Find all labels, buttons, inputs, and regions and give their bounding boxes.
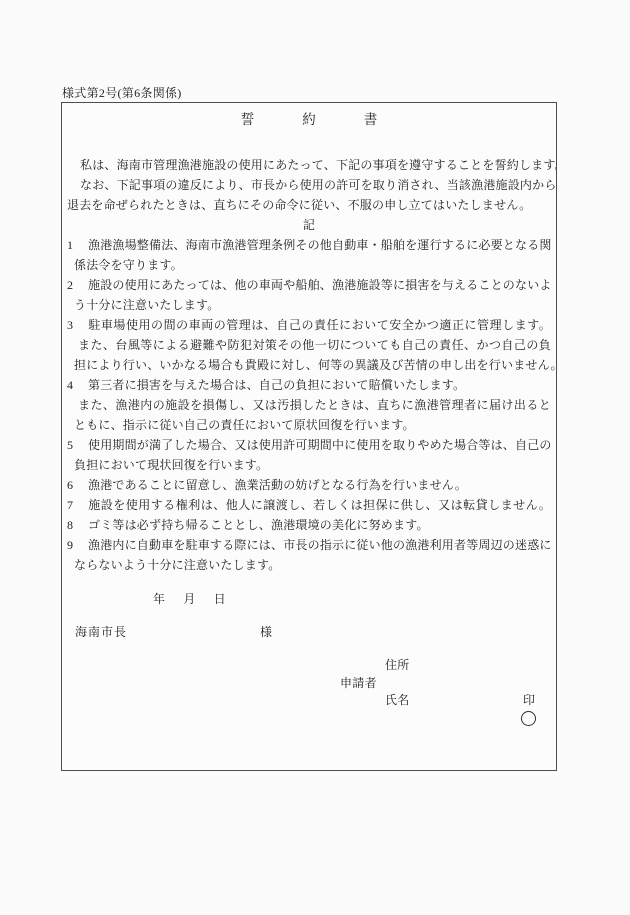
address-label: 住所 — [385, 658, 410, 672]
item-text: 漁港漁場整備法、海南市漁港管理条例その他自動車・船舶を運行するに必要となる関 — [88, 238, 552, 252]
item-number: 8 — [67, 515, 88, 535]
item-line: 9漁港内に自動車を駐車する際には、市長の指示に従い他の漁港利用者等周辺の迷惑に — [62, 535, 556, 555]
document-title: 誓 約 書 — [62, 108, 556, 128]
document-page: 様式第2号(第6条関係) 誓 約 書 私は、海南市管理漁港施設の使用にあたって、… — [0, 0, 630, 915]
item-number: 6 — [67, 475, 88, 495]
item-line: 2施設の使用にあたっては、他の車両や船舶、漁港施設等に損害を与えることのないよ — [62, 275, 556, 295]
month-label: 月 — [183, 592, 195, 606]
item-line: 6漁港であることに留意し、漁業活動の妨げとなる行為を行いません。 — [62, 475, 556, 495]
seal-circle — [521, 711, 536, 726]
item-line: また、漁港内の施設を損傷し、又は汚損したときは、直ちに漁港管理者に届け出ると — [62, 395, 556, 415]
item-number: 2 — [67, 275, 88, 295]
item-text: 駐車場使用の間の車両の管理は、自己の責任において安全かつ適正に管理します。 — [88, 318, 551, 332]
item-number: 3 — [67, 315, 88, 335]
item-text: 施設の使用にあたっては、他の車両や船舶、漁港施設等に損害を与えることのないよ — [88, 278, 552, 292]
item-line: 7施設を使用する権利は、他人に譲渡し、若しくは担保に供し、又は転貸しません。 — [62, 495, 556, 515]
seal-label: 印 — [523, 693, 535, 707]
item-number: 4 — [67, 375, 88, 395]
title-char: 書 — [364, 108, 378, 128]
item-text: 第三者に損害を与えた場合は、自己の負担において賠償いたします。 — [88, 378, 465, 392]
item-line: 3駐車場使用の間の車両の管理は、自己の責任において安全かつ適正に管理します。 — [62, 315, 556, 335]
item-text: ゴミ等は必ず持ち帰ることとし、漁港環境の美化に努めます。 — [88, 518, 429, 532]
addressee-name: 海南市長 — [75, 625, 127, 639]
intro-line: なお、下記事項の違反により、市長から使用の許可を取り消され、当該漁港施設内から — [62, 175, 556, 195]
item-line: 負担において現状回復を行います。 — [62, 455, 556, 475]
item-line: 4第三者に損害を与えた場合は、自己の負担において賠償いたします。 — [62, 375, 556, 395]
day-label: 日 — [214, 592, 226, 606]
item-text: 使用期間が満了した場合、又は使用許可期間中に使用を取りやめた場合等は、自己の — [88, 438, 552, 452]
item-text: 漁港であることに留意し、漁業活動の妨げとなる行為を行いません。 — [88, 478, 467, 492]
item-line: う十分に注意いたします。 — [62, 295, 556, 315]
item-line: 8ゴミ等は必ず持ち帰ることとし、漁港環境の美化に努めます。 — [62, 515, 556, 535]
honorific-label: 様 — [260, 625, 272, 639]
item-line: 担により行い、いかなる場合も貴殿に対し、何等の異議及び苦情の申し出を行いません。 — [62, 355, 556, 375]
pledge-document-box: 誓 約 書 私は、海南市管理漁港施設の使用にあたって、下記の事項を遵守することを… — [61, 102, 557, 771]
form-number-label: 様式第2号(第6条関係) — [62, 84, 182, 101]
item-number: 9 — [67, 535, 88, 555]
item-text: 施設を使用する権利は、他人に譲渡し、若しくは担保に供し、又は転貸しません。 — [88, 498, 551, 512]
item-line: 係法令を守ります。 — [62, 255, 556, 275]
item-line: 1漁港漁場整備法、海南市漁港管理条例その他自動車・船舶を運行するに必要となる関 — [62, 235, 556, 255]
ki-label: 記 — [62, 215, 556, 235]
item-number: 5 — [67, 435, 88, 455]
item-text: 漁港内に自動車を駐車する際には、市長の指示に従い他の漁港利用者等周辺の迷惑に — [88, 538, 552, 552]
item-number: 7 — [67, 495, 88, 515]
item-number: 1 — [67, 235, 88, 255]
item-line: ともに、指示に従い自己の責任において原状回復を行います。 — [62, 415, 556, 435]
applicant-label: 申請者 — [340, 676, 377, 690]
document-body: 私は、海南市管理漁港施設の使用にあたって、下記の事項を遵守することを誓約します。… — [62, 155, 556, 575]
name-label: 氏名 — [385, 693, 410, 707]
intro-line: 私は、海南市管理漁港施設の使用にあたって、下記の事項を遵守することを誓約します。 — [62, 155, 556, 175]
date-line: 年 月 日 — [153, 592, 226, 606]
item-line: ならないよう十分に注意いたします。 — [62, 555, 556, 575]
item-line: また、台風等による避難や防犯対策その他一切についても自己の責任、かつ自己の負 — [62, 335, 556, 355]
intro-line: 退去を命ぜられたときは、直ちにその命令に従い、不服の申し立てはいたしません。 — [62, 195, 556, 215]
title-char: 誓 — [241, 108, 255, 128]
item-line: 5使用期間が満了した場合、又は使用許可期間中に使用を取りやめた場合等は、自己の — [62, 435, 556, 455]
year-label: 年 — [153, 592, 165, 606]
title-char: 約 — [302, 108, 316, 128]
